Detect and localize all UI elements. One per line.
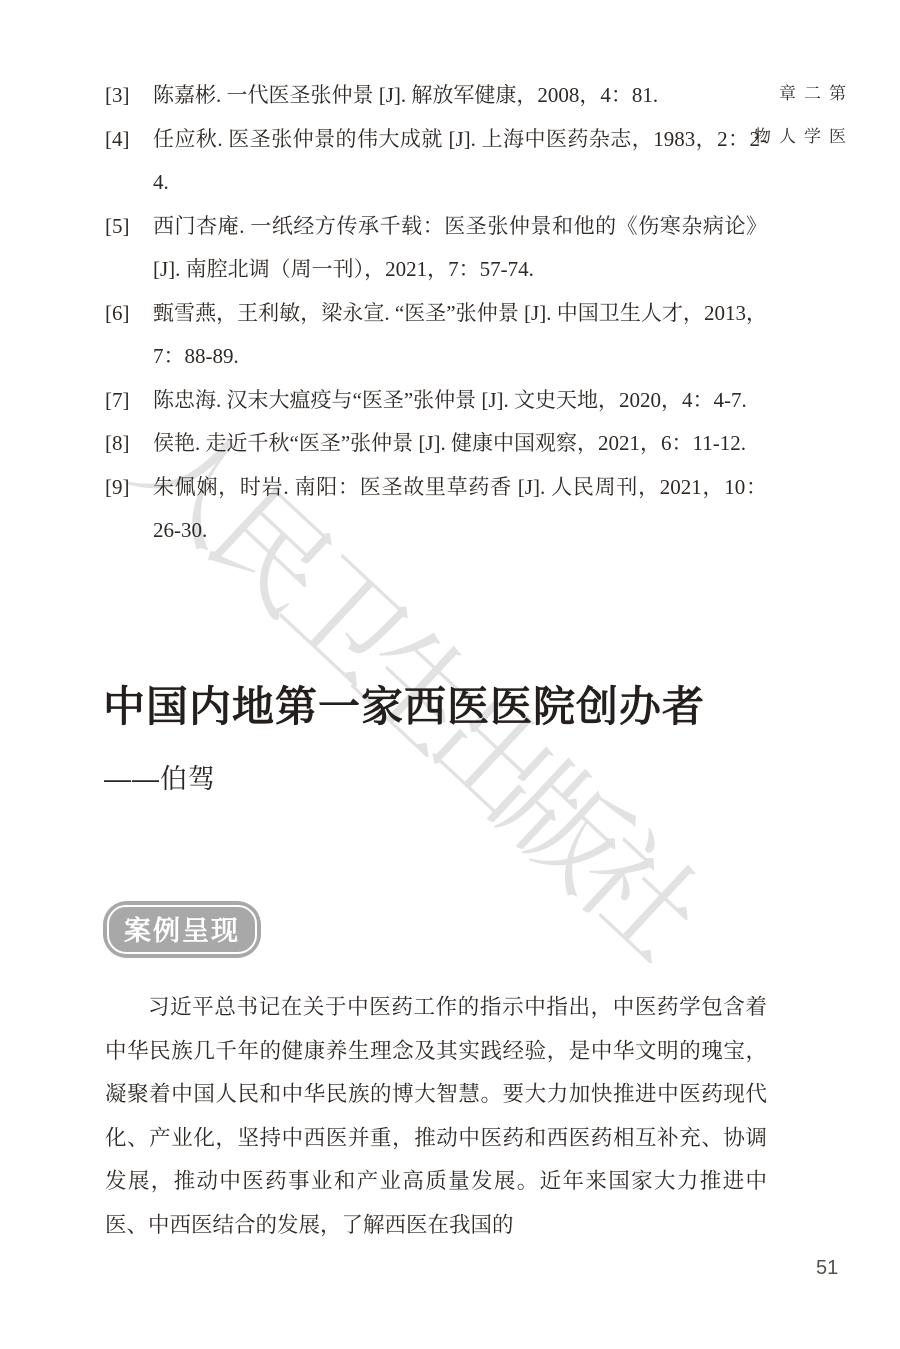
reference-text: 陈忠海. 汉末大瘟疫与“医圣”张仲景 [J]. 文史天地，2020，4：4-7. (153, 379, 767, 423)
reference-text: 甄雪燕，王利敏，梁永宣. “医圣”张仲景 [J]. 中国卫生人才，2013，7：… (153, 292, 767, 379)
reference-text: 朱佩娴，时岩. 南阳：医圣故里草药香 [J]. 人民周刊，2021，10：26-… (153, 466, 767, 553)
article-title: 中国内地第一家西医医院创办者 (103, 674, 803, 734)
page-number: 51 (816, 1257, 838, 1280)
reference-item: [5] 西门杏庵. 一纸经方传承千载：医圣张仲景和他的《伤寒杂病论》[J]. 南… (105, 205, 767, 292)
reference-item: [4] 任应秋. 医圣张仲景的伟大成就 [J]. 上海中医药杂志，1983，2：… (105, 118, 767, 205)
reference-number: [9] (105, 466, 153, 510)
reference-text: 任应秋. 医圣张仲景的伟大成就 [J]. 上海中医药杂志，1983，2：2-4. (153, 118, 767, 205)
reference-item: [6] 甄雪燕，王利敏，梁永宣. “医圣”张仲景 [J]. 中国卫生人才，201… (105, 292, 767, 379)
reference-number: [5] (105, 205, 153, 249)
reference-item: [8] 侯艳. 走近千秋“医圣”张仲景 [J]. 健康中国观察，2021，6：1… (105, 422, 767, 466)
reference-item: [3] 陈嘉彬. 一代医圣张仲景 [J]. 解放军健康，2008，4：81. (105, 74, 767, 118)
article-subtitle: ——伯驾 (104, 757, 216, 796)
reference-number: [7] (105, 379, 153, 423)
reference-text: 陈嘉彬. 一代医圣张仲景 [J]. 解放军健康，2008，4：81. (153, 74, 767, 118)
reference-number: [6] (105, 292, 153, 336)
reference-number: [8] (105, 422, 153, 466)
reference-number: [4] (105, 118, 153, 162)
reference-text: 西门杏庵. 一纸经方传承千载：医圣张仲景和他的《伤寒杂病论》[J]. 南腔北调（… (153, 205, 767, 292)
book-page: 人民卫生出版社 第二章 医学人物 [3] 陈嘉彬. 一代医圣张仲景 [J]. 解… (0, 0, 900, 1349)
case-presentation-badge: 案例呈现 (103, 901, 261, 958)
reference-text: 侯艳. 走近千秋“医圣”张仲景 [J]. 健康中国观察，2021，6：11-12… (153, 422, 767, 466)
reference-list: [3] 陈嘉彬. 一代医圣张仲景 [J]. 解放军健康，2008，4：81. [… (105, 74, 767, 553)
reference-item: [7] 陈忠海. 汉末大瘟疫与“医圣”张仲景 [J]. 文史天地，2020，4：… (105, 379, 767, 423)
reference-item: [9] 朱佩娴，时岩. 南阳：医圣故里草药香 [J]. 人民周刊，2021，10… (105, 466, 767, 553)
case-presentation-badge-label: 案例呈现 (107, 905, 257, 954)
body-paragraph: 习近平总书记在关于中医药工作的指示中指出，中医药学包含着中华民族几千年的健康养生… (105, 986, 767, 1247)
reference-number: [3] (105, 74, 153, 118)
